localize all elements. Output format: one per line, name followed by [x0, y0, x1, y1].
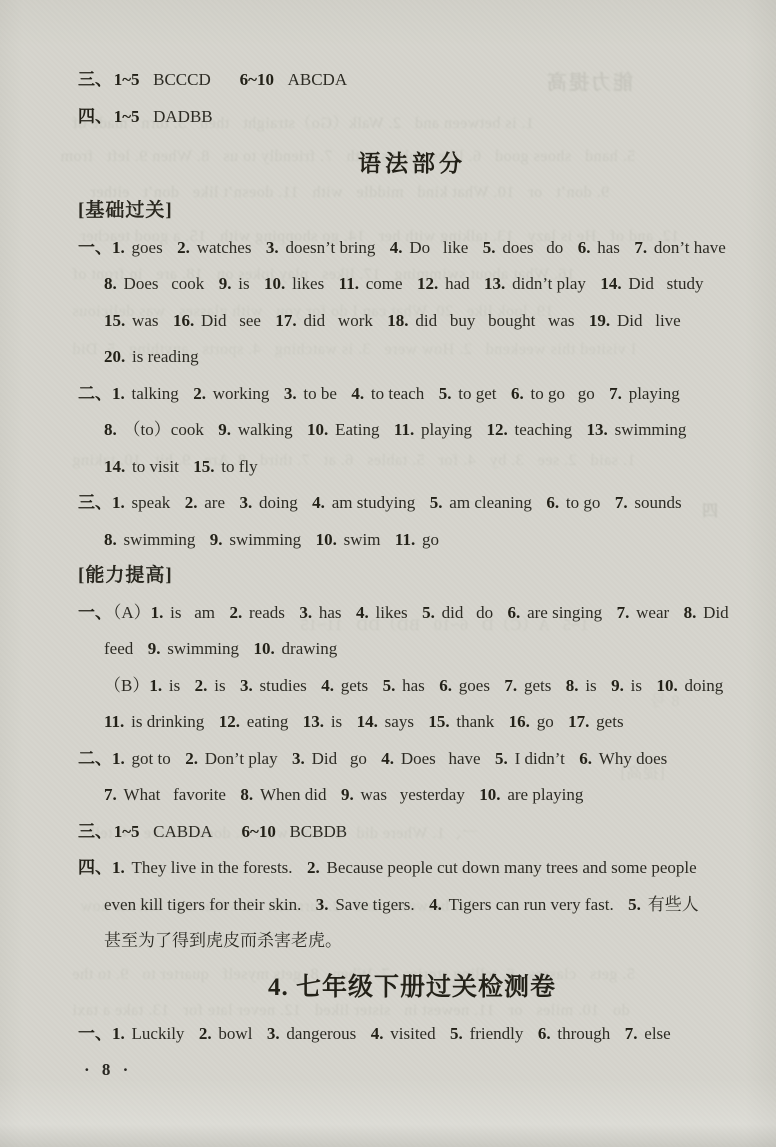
answer-text: Did see: [201, 311, 261, 330]
answer-text: are: [204, 493, 225, 512]
answer-line: （B）1.is2.is3.studies4.gets5.has6.goes7.g…: [78, 668, 746, 705]
item-number: 8.: [240, 785, 253, 804]
item-number: 三、: [78, 70, 112, 89]
answer-text: has: [402, 676, 425, 695]
item-number: 1~5: [114, 107, 140, 126]
item-number: 2.: [193, 384, 206, 403]
answer-text: likes: [376, 603, 408, 622]
item-number: 9.: [148, 639, 161, 658]
answer-text: to be: [303, 384, 337, 403]
answer-text: is reading: [132, 347, 199, 366]
item-number: 5.: [450, 1024, 463, 1043]
answer-text: go: [537, 712, 554, 731]
answer-text: playing: [421, 420, 472, 439]
answer-text: does do: [502, 238, 563, 257]
item-number: 4.: [312, 493, 325, 512]
answer-text: （B）: [104, 676, 149, 695]
item-number: 14.: [357, 712, 378, 731]
item-number: 5.: [383, 676, 396, 695]
exercise-heading: 4. 七年级下册过关检测卷: [78, 960, 746, 1016]
answer-line: 8.（to）cook9.walking10.Eating11.playing12…: [78, 412, 746, 449]
answer-text: When did: [260, 785, 327, 804]
answer-text: Save tigers.: [335, 895, 414, 914]
answer-text: through: [557, 1024, 610, 1043]
item-number: 1.: [112, 858, 125, 877]
answer-line: 三、1.speak2.are3.doing4.am studying5.am c…: [78, 485, 746, 522]
item-number: 9.: [210, 530, 223, 549]
answer-text: even kill tigers for their skin.: [104, 895, 301, 914]
answer-text: studies: [260, 676, 307, 695]
answer-text: （to）cook: [124, 420, 204, 439]
item-number: 17.: [275, 311, 296, 330]
answer-text: come: [366, 274, 403, 293]
item-number: 6.: [439, 676, 452, 695]
item-number: 7.: [617, 603, 630, 622]
answer-text: dangerous: [286, 1024, 356, 1043]
answer-text: to visit: [132, 457, 179, 476]
answer-line: even kill tigers for their skin.3.Save t…: [78, 887, 746, 924]
item-number: 3.: [299, 603, 312, 622]
item-number: 16.: [173, 311, 194, 330]
item-number: 四、: [78, 107, 112, 126]
item-number: 17.: [568, 712, 589, 731]
item-number: 7.: [615, 493, 628, 512]
answer-text: watches: [197, 238, 252, 257]
answer-text: go: [422, 530, 439, 549]
item-number: 4.: [356, 603, 369, 622]
answer-text: is: [169, 676, 180, 695]
answer-text: is am: [170, 603, 215, 622]
item-number: 10.: [316, 530, 337, 549]
answer-line: 一、1.Luckily2.bowl3.dangerous4.visited5.f…: [78, 1016, 746, 1053]
item-number: 11.: [394, 420, 414, 439]
item-number: 7.: [634, 238, 647, 257]
item-number: 1~5: [114, 70, 140, 89]
item-number: 1.: [149, 676, 162, 695]
answer-text: DADBB: [153, 107, 213, 126]
answer-text: doing: [259, 493, 298, 512]
answer-line: 8.swimming9.swimming10.swim11.go: [78, 522, 746, 559]
item-number: 3.: [316, 895, 329, 914]
answer-text: doesn’t bring: [285, 238, 375, 257]
answer-text: did do: [442, 603, 493, 622]
answer-line: 甚至为了得到虎皮而杀害老虎。: [78, 923, 746, 960]
item-number: 10.: [253, 639, 274, 658]
answer-text: ABCDA: [288, 70, 348, 89]
answer-line: 四、1~5DADBB: [78, 99, 746, 136]
item-number: 5.: [495, 749, 508, 768]
answer-text: is: [631, 676, 642, 695]
answer-text: Don’t play: [205, 749, 278, 768]
item-number: 6.: [578, 238, 591, 257]
answer-text: to go go: [530, 384, 594, 403]
item-number: 2.: [185, 493, 198, 512]
item-number: 9.: [218, 420, 231, 439]
item-number: 2.: [177, 238, 190, 257]
answer-text: to go: [566, 493, 600, 512]
answer-text: thank: [456, 712, 494, 731]
item-number: 一、: [78, 1024, 112, 1043]
answer-text: is: [585, 676, 596, 695]
answer-text: didn’t play: [512, 274, 586, 293]
answer-text: （A）: [113, 603, 151, 622]
answer-text: gets: [524, 676, 551, 695]
item-number: 4.: [381, 749, 394, 768]
answer-text: Do like: [409, 238, 468, 257]
answer-text: walking: [238, 420, 293, 439]
answer-line: 20.is reading: [78, 339, 746, 376]
item-number: 1.: [151, 603, 164, 622]
answer-text: visited: [390, 1024, 435, 1043]
scanned-answer-page: { "page": { "background": "#d6d5cd", "te…: [0, 0, 776, 1147]
item-number: 10.: [479, 785, 500, 804]
answer-text: did buy bought was: [415, 311, 574, 330]
item-number: 10.: [656, 676, 677, 695]
answer-text: Did: [703, 603, 729, 622]
item-number: 一、: [78, 603, 112, 622]
item-number: 2.: [199, 1024, 212, 1043]
item-number: 1.: [112, 493, 125, 512]
answer-text: was yesterday: [361, 785, 465, 804]
item-number: 6.: [546, 493, 559, 512]
item-number: 7.: [609, 384, 622, 403]
answer-line: 一、（A）1.is am2.reads3.has4.likes5.did do6…: [78, 595, 746, 632]
item-number: 15.: [193, 457, 214, 476]
item-number: 2.: [185, 749, 198, 768]
answer-line: 7.What favorite8.When did9.was yesterday…: [78, 777, 746, 814]
answer-text: reads: [249, 603, 285, 622]
answer-text: Why does: [599, 749, 667, 768]
item-number: 3.: [284, 384, 297, 403]
item-number: 二、: [78, 749, 112, 768]
item-number: 9.: [611, 676, 624, 695]
answer-text: swimming: [615, 420, 687, 439]
answer-text: They live in the forests.: [132, 858, 293, 877]
subsection-header: [基础过关]: [78, 193, 746, 230]
answer-text: swimming: [167, 639, 239, 658]
answer-text: Eating: [335, 420, 379, 439]
item-number: 8.: [104, 274, 117, 293]
item-number: 19.: [589, 311, 610, 330]
answer-text: has: [597, 238, 620, 257]
item-number: 12.: [219, 712, 240, 731]
item-number: 8.: [104, 530, 117, 549]
answer-text: 甚至为了得到虎皮而杀害老虎。: [104, 931, 342, 950]
answer-text: to get: [458, 384, 496, 403]
item-number: 8.: [104, 420, 117, 439]
item-number: 8.: [684, 603, 697, 622]
answer-text: CABDA: [153, 822, 213, 841]
answer-text: else: [644, 1024, 670, 1043]
answer-text: is: [331, 712, 342, 731]
answer-text: gets: [341, 676, 368, 695]
item-number: 1.: [112, 384, 125, 403]
item-number: 14.: [104, 457, 125, 476]
answer-text: working: [213, 384, 270, 403]
answer-line: 四、1.They live in the forests.2.Because p…: [78, 850, 746, 887]
page-number: · 8 ·: [78, 1053, 132, 1087]
answer-text: swim: [344, 530, 381, 549]
item-number: 12.: [417, 274, 438, 293]
item-number: 13.: [303, 712, 324, 731]
answer-text: swimming: [229, 530, 301, 549]
answer-text: talking: [132, 384, 179, 403]
answer-text: speak: [132, 493, 171, 512]
item-number: 8.: [566, 676, 579, 695]
item-number: 三、: [78, 822, 112, 841]
item-number: 5.: [430, 493, 443, 512]
item-number: 4.: [321, 676, 334, 695]
answer-text: to teach: [371, 384, 424, 403]
item-number: 6.: [579, 749, 592, 768]
answer-text: teaching: [515, 420, 573, 439]
item-number: 4.: [429, 895, 442, 914]
answer-text: Did live: [617, 311, 681, 330]
item-number: 一、: [78, 238, 112, 257]
item-number: 7.: [104, 785, 117, 804]
answer-text: Did go: [312, 749, 367, 768]
item-number: 13.: [484, 274, 505, 293]
item-number: 4.: [351, 384, 364, 403]
item-number: 6~10: [242, 822, 276, 841]
answer-text: are singing: [527, 603, 602, 622]
answer-line: 二、1.talking2.working3.to be4.to teach5.t…: [78, 376, 746, 413]
item-number: 6.: [508, 603, 521, 622]
item-number: 3.: [239, 493, 252, 512]
item-number: 2.: [195, 676, 208, 695]
answer-text: says: [385, 712, 414, 731]
item-number: 15.: [104, 311, 125, 330]
item-number: 7.: [504, 676, 517, 695]
item-number: 12.: [486, 420, 507, 439]
answer-text: bowl: [218, 1024, 252, 1043]
answer-line: 三、1~5BCCCD6~10ABCDA: [78, 62, 746, 99]
answer-line: 8.Does cook9.is10.likes11.come12.had13.d…: [78, 266, 746, 303]
answer-text: BCBDB: [289, 822, 347, 841]
answer-text: don’t have: [654, 238, 726, 257]
content: 三、1~5BCCCD6~10ABCDA四、1~5DADBB语法部分[基础过关]一…: [0, 0, 776, 1147]
answer-line: 一、1.goes2.watches3.doesn’t bring4.Do lik…: [78, 230, 746, 267]
answer-text: Luckily: [132, 1024, 185, 1043]
item-number: 3.: [240, 676, 253, 695]
answer-text: eating: [247, 712, 289, 731]
answer-text: What favorite: [124, 785, 226, 804]
answer-text: drawing: [282, 639, 338, 658]
item-number: 2.: [229, 603, 242, 622]
answer-line: 二、1.got to2.Don’t play3.Did go4.Does hav…: [78, 741, 746, 778]
answer-text: likes: [292, 274, 324, 293]
answer-text: Does have: [401, 749, 481, 768]
answer-text: I didn’t: [515, 749, 565, 768]
answer-text: Does cook: [124, 274, 205, 293]
answer-text: has: [319, 603, 342, 622]
item-number: 15.: [428, 712, 449, 731]
item-number: 4.: [390, 238, 403, 257]
item-number: 11.: [395, 530, 415, 549]
item-number: 1.: [112, 1024, 125, 1043]
item-number: 11.: [104, 712, 124, 731]
item-number: 3.: [266, 238, 279, 257]
answer-text: gets: [596, 712, 623, 731]
answer-text: are playing: [507, 785, 583, 804]
item-number: 5.: [483, 238, 496, 257]
item-number: 2.: [307, 858, 320, 877]
item-number: 10.: [264, 274, 285, 293]
item-number: 二、: [78, 384, 112, 403]
item-number: 16.: [509, 712, 530, 731]
answer-line: 15.was16.Did see17.did work18.did buy bo…: [78, 303, 746, 340]
item-number: 3.: [267, 1024, 280, 1043]
item-number: 13.: [587, 420, 608, 439]
answer-text: goes: [132, 238, 163, 257]
answer-text: 有些人: [648, 895, 699, 914]
answer-line: 14.to visit15.to fly: [78, 449, 746, 486]
answer-text: was: [132, 311, 158, 330]
item-number: 4.: [371, 1024, 384, 1043]
item-number: 14.: [600, 274, 621, 293]
answer-text: Tigers can run very fast.: [449, 895, 614, 914]
item-number: 20.: [104, 347, 125, 366]
answer-text: am cleaning: [449, 493, 532, 512]
answer-text: is: [214, 676, 225, 695]
answer-text: feed: [104, 639, 133, 658]
answer-text: is: [238, 274, 249, 293]
answer-line: feed9.swimming10.drawing: [78, 631, 746, 668]
answer-text: had: [445, 274, 470, 293]
answer-text: is drinking: [131, 712, 204, 731]
answer-text: Because people cut down many trees and s…: [327, 858, 697, 877]
answer-text: doing: [684, 676, 723, 695]
answer-line: 三、1~5CABDA6~10BCBDB: [78, 814, 746, 851]
item-number: 5.: [422, 603, 435, 622]
item-number: 18.: [387, 311, 408, 330]
answer-text: sounds: [634, 493, 681, 512]
answer-text: did work: [303, 311, 372, 330]
item-number: 6.: [538, 1024, 551, 1043]
answer-text: got to: [132, 749, 171, 768]
item-number: 5.: [628, 895, 641, 914]
answer-text: goes: [459, 676, 490, 695]
answer-text: wear: [636, 603, 669, 622]
answer-text: Did study: [628, 274, 703, 293]
section-title: 语法部分: [78, 135, 746, 193]
answer-text: to fly: [221, 457, 257, 476]
answer-text: BCCCD: [153, 70, 211, 89]
answer-text: am studying: [332, 493, 416, 512]
item-number: 3.: [292, 749, 305, 768]
item-number: 10.: [307, 420, 328, 439]
answer-line: 11.is drinking12.eating13.is14.says15.th…: [78, 704, 746, 741]
item-number: 6.: [511, 384, 524, 403]
item-number: 5.: [439, 384, 452, 403]
item-number: 四、: [78, 858, 112, 877]
item-number: 6~10: [240, 70, 274, 89]
item-number: 1.: [112, 238, 125, 257]
item-number: 1~5: [114, 822, 140, 841]
subsection-header: [能力提高]: [78, 558, 746, 595]
item-number: 1.: [112, 749, 125, 768]
answer-text: friendly: [470, 1024, 524, 1043]
item-number: 9.: [219, 274, 232, 293]
item-number: 三、: [78, 493, 112, 512]
item-number: 9.: [341, 785, 354, 804]
item-number: 11.: [339, 274, 359, 293]
answer-text: swimming: [124, 530, 196, 549]
item-number: 7.: [625, 1024, 638, 1043]
answer-text: playing: [629, 384, 680, 403]
